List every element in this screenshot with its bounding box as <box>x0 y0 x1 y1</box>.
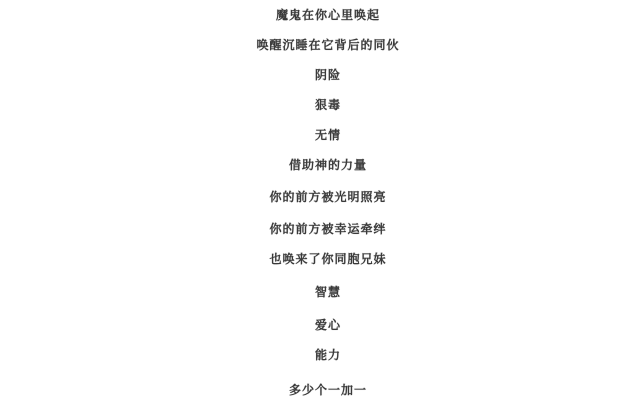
poem-line-3: 阴险 <box>8 66 640 83</box>
poem-line-12: 能力 <box>8 346 640 363</box>
document-page: 魔鬼在你心里唤起 唤醒沉睡在它背后的同伙 阴险 狠毒 无情 借助神的力量 你的前… <box>0 0 640 400</box>
poem-line-8: 你的前方被幸运牵绊 <box>8 220 640 237</box>
poem-line-11: 爱心 <box>8 316 640 333</box>
poem-line-1: 魔鬼在你心里唤起 <box>8 6 640 23</box>
poem-line-9: 也唤来了你同胞兄妹 <box>8 250 640 267</box>
poem-line-2: 唤醒沉睡在它背后的同伙 <box>8 36 640 53</box>
poem-line-13: 多少个一加一 <box>8 381 640 398</box>
poem-line-5: 无情 <box>8 126 640 143</box>
poem-line-4: 狠毒 <box>8 96 640 113</box>
poem-line-10: 智慧 <box>8 283 640 300</box>
poem-line-7: 你的前方被光明照亮 <box>8 188 640 205</box>
poem-line-6: 借助神的力量 <box>8 156 640 173</box>
